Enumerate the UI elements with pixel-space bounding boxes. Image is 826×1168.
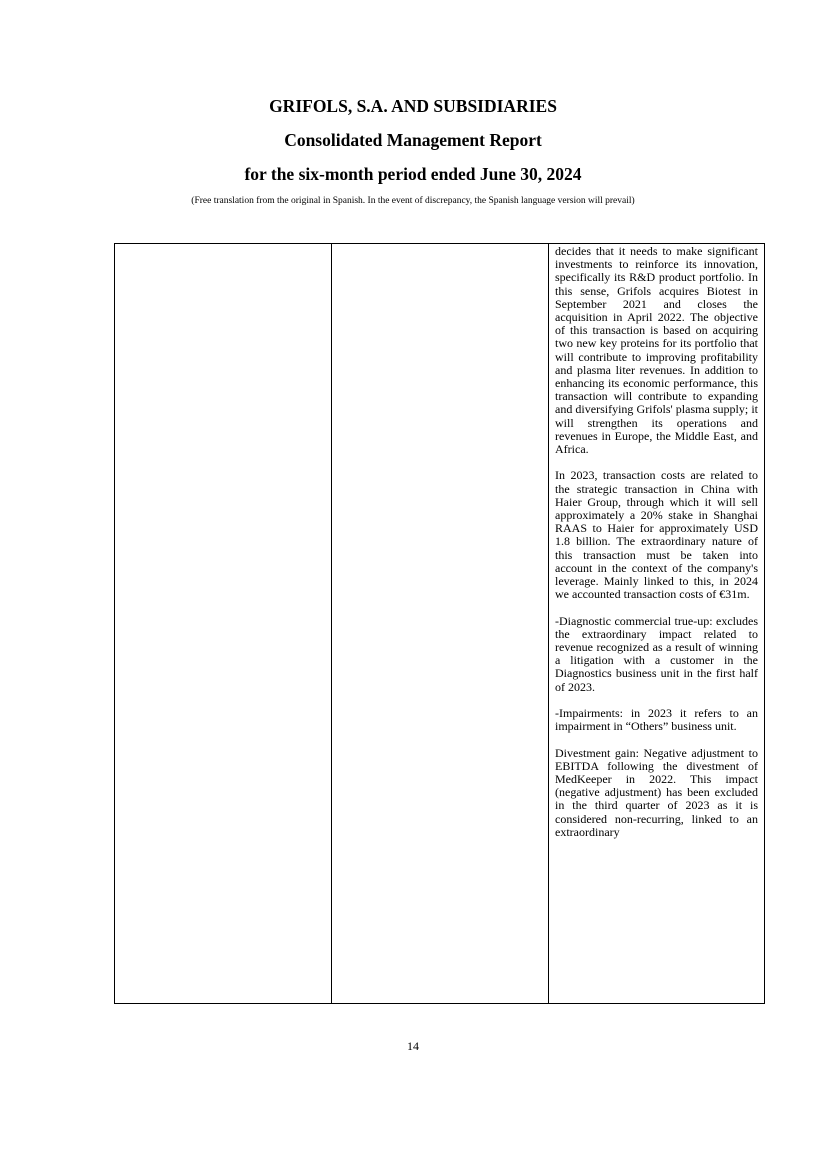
paragraph-impairments: -Impairments: in 2023 it refers to an im… [555,707,758,733]
translation-note: (Free translation from the original in S… [0,196,826,206]
company-name: GRIFOLS, S.A. AND SUBSIDIARIES [0,96,826,117]
adjustments-table: decides that it needs to make significan… [114,243,765,1004]
paragraph-diagnostic-true-up: -Diagnostic commercial true-up: excludes… [555,615,758,694]
page-number: 14 [0,1039,826,1054]
paragraph-biotest-acquisition: decides that it needs to make significan… [555,245,758,456]
paragraph-divestment-gain: Divestment gain: Negative adjustment to … [555,747,758,839]
table-cell-col2 [332,244,549,1003]
table-cell-col3: decides that it needs to make significan… [549,244,764,1003]
report-period: for the six-month period ended June 30, … [0,164,826,185]
report-title: Consolidated Management Report [0,130,826,151]
paragraph-transaction-costs: In 2023, transaction costs are related t… [555,469,758,601]
table-cell-col1 [115,244,332,1003]
